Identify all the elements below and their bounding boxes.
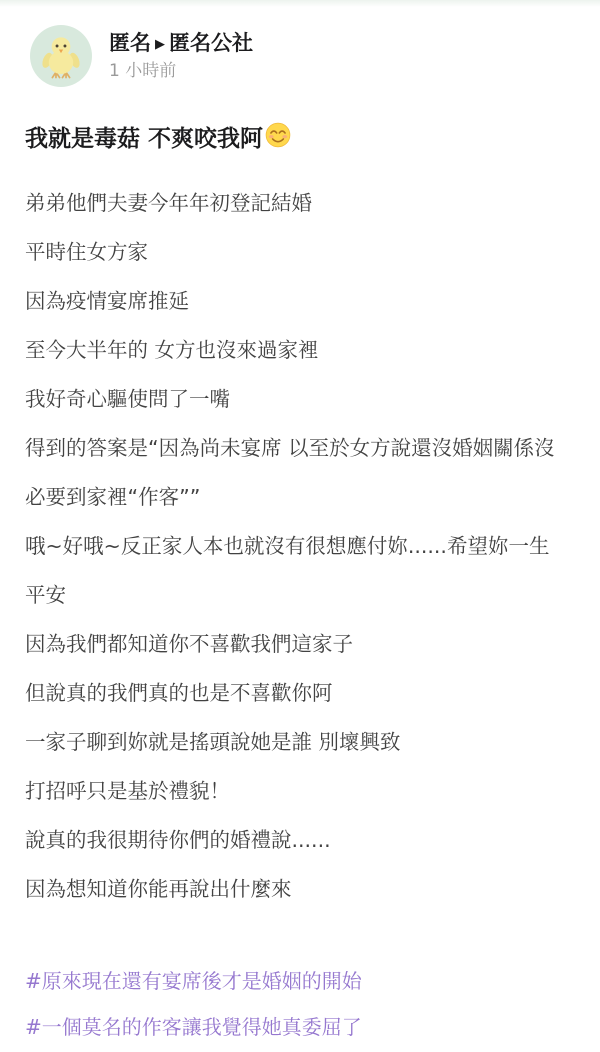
post-paragraph: 說真的我很期待你們的婚禮說......	[25, 816, 555, 865]
post-header: 匿名 ▶ 匿名公社 1 小時前	[0, 7, 600, 87]
post-body: 弟弟他們夫妻今年年初登記結婚 平時住女方家 因為疫情宴席推延 至今大半年的 女方…	[0, 179, 600, 914]
post-title-text: 我就是毒菇 不爽咬我阿	[25, 123, 263, 155]
post-paragraph: 哦~好哦~反正家人本也就沒有很想應付妳......希望妳一生平安	[25, 522, 555, 620]
avatar[interactable]	[30, 25, 92, 87]
community-name[interactable]: 匿名公社	[169, 29, 253, 58]
timestamp[interactable]: 1 小時前	[109, 58, 253, 84]
post-paragraph: 打招呼只是基於禮貌！	[25, 767, 555, 816]
post-paragraph: 至今大半年的 女方也沒來過家裡	[25, 326, 555, 375]
post-paragraph: 弟弟他們夫妻今年年初登記結婚	[25, 179, 555, 228]
hashtag-link[interactable]: #原來現在還有宴席後才是婚姻的開始	[25, 958, 575, 1004]
post-title: 我就是毒菇 不爽咬我阿	[25, 121, 575, 156]
post-paragraph: 得到的答案是“因為尚未宴席 以至於女方說還沒婚姻關係沒必要到家裡“作客””	[25, 424, 555, 522]
author-name[interactable]: 匿名	[109, 29, 151, 58]
hashtag-list: #原來現在還有宴席後才是婚姻的開始 #一個莫名的作客讓我覺得她真委屈了	[0, 958, 600, 1050]
top-divider	[0, 0, 600, 7]
header-text: 匿名 ▶ 匿名公社 1 小時前	[109, 29, 253, 84]
baby-chick-icon	[38, 33, 84, 79]
post-paragraph: 因為想知道你能再說出什麼來	[25, 865, 555, 914]
smiling-face-emoji-icon	[265, 122, 291, 157]
author-line[interactable]: 匿名 ▶ 匿名公社	[109, 29, 253, 58]
arrow-right-icon: ▶	[155, 30, 165, 59]
post-paragraph: 因為我們都知道你不喜歡我們這家子	[25, 620, 555, 669]
post-paragraph: 我好奇心驅使問了一嘴	[25, 375, 555, 424]
post-paragraph: 但說真的我們真的也是不喜歡你阿	[25, 669, 555, 718]
hashtag-link[interactable]: #一個莫名的作客讓我覺得她真委屈了	[25, 1004, 575, 1050]
post-paragraph: 一家子聊到妳就是搖頭說她是誰 別壞興致	[25, 718, 555, 767]
post-paragraph: 平時住女方家	[25, 228, 555, 277]
post-paragraph: 因為疫情宴席推延	[25, 277, 555, 326]
